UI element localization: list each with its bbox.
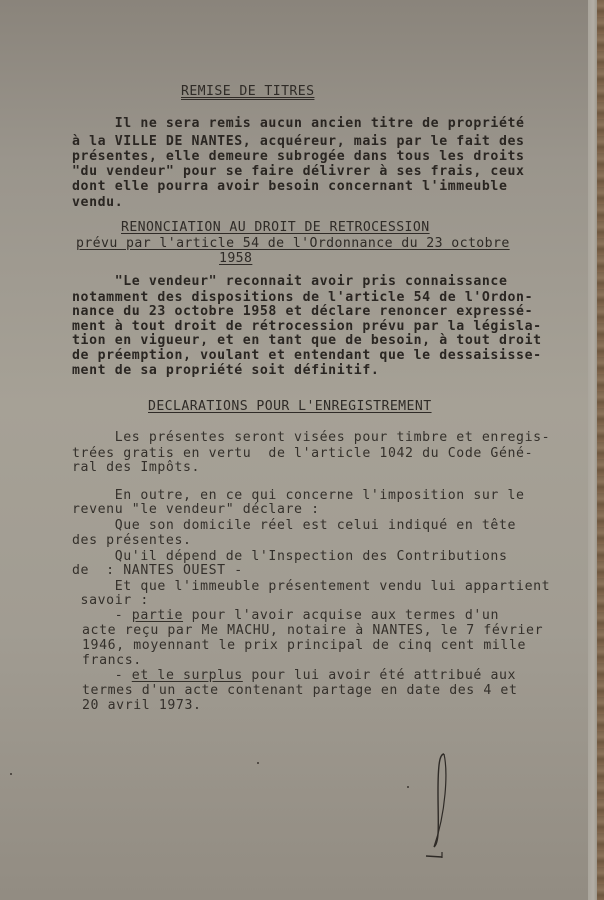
text-line: nance du 23 octobre 1958 et déclare reno… (72, 305, 533, 319)
text-line: revenu "le vendeur" déclare : (72, 503, 320, 517)
heading-renonciation-line2: prévu par l'article 54 de l'Ordonnance d… (76, 237, 510, 251)
heading-remise-de-titres: REMISE DE TITRES (181, 85, 314, 99)
heading-renonciation: RENONCIATION AU DROIT DE RETROCESSION (121, 221, 430, 235)
text-line: Et que l'immeuble présentement vendu lui… (72, 580, 550, 594)
text-line: ral des Impôts. (72, 461, 200, 475)
text-line: Il ne sera remis aucun ancien titre de p… (72, 117, 525, 131)
text-line: à la VILLE DE NANTES, acquéreur, mais pa… (72, 135, 525, 149)
text-line: ment à tout droit de rétrocession prévu … (72, 320, 542, 334)
item-prefix: - (72, 608, 132, 623)
list-item-surplus: - et le surplus pour lui avoir été attri… (72, 669, 516, 683)
underlined-term: partie (132, 608, 183, 623)
text-line: de préemption, voulant et entendant que … (72, 349, 542, 363)
text-line: présentes, elle demeure subrogée dans to… (72, 150, 525, 164)
list-item-partie: - partie pour l'avoir acquise aux termes… (72, 609, 499, 623)
text-line: Que son domicile réel est celui indiqué … (72, 519, 516, 533)
page-edge (588, 0, 597, 900)
text-line: notamment des dispositions de l'article … (72, 291, 533, 305)
handwritten-signature (422, 752, 452, 868)
text-line: savoir : (72, 594, 149, 608)
wooden-table-edge (597, 0, 604, 900)
item-prefix: - (72, 668, 132, 683)
item-text: pour lui avoir été attribué aux (243, 668, 516, 683)
paper-speck (257, 762, 259, 764)
text-line: 20 avril 1973. (82, 699, 202, 713)
text-line: "Le vendeur" reconnait avoir pris connai… (72, 275, 508, 289)
heading-declarations: DECLARATIONS POUR L'ENREGISTREMENT (148, 400, 432, 414)
text-line: En outre, en ce qui concerne l'impositio… (72, 489, 525, 503)
text-line: acte reçu par Me MACHU, notaire à NANTES… (82, 624, 543, 638)
item-text: pour l'avoir acquise aux termes d'un (183, 608, 499, 623)
text-line: tion en vigueur, et en tant que de besoi… (72, 334, 542, 348)
text-line: des présentes. (72, 534, 192, 548)
text-line: dont elle pourra avoir besoin concernant… (72, 180, 508, 194)
paper-speck (407, 786, 409, 788)
text-line: vendu. (72, 196, 123, 210)
text-line: trées gratis en vertu de l'article 1042 … (72, 447, 533, 461)
text-line: francs. (82, 654, 142, 668)
text-line: Les présentes seront visées pour timbre … (72, 431, 550, 445)
text-line: 1946, moyennant le prix principal de cin… (82, 639, 526, 653)
text-line: de : NANTES OUEST - (72, 564, 243, 578)
heading-renonciation-year: 1958 (219, 252, 252, 266)
paper-speck (10, 773, 12, 775)
underlined-term: et le surplus (132, 668, 243, 683)
text-line: "du vendeur" pour se faire délivrer à se… (72, 165, 525, 179)
text-line: Qu'il dépend de l'Inspection des Contrib… (72, 550, 508, 564)
text-line: termes d'un acte contenant partage en da… (82, 684, 518, 698)
text-line: ment de sa propriété soit définitif. (72, 364, 379, 378)
